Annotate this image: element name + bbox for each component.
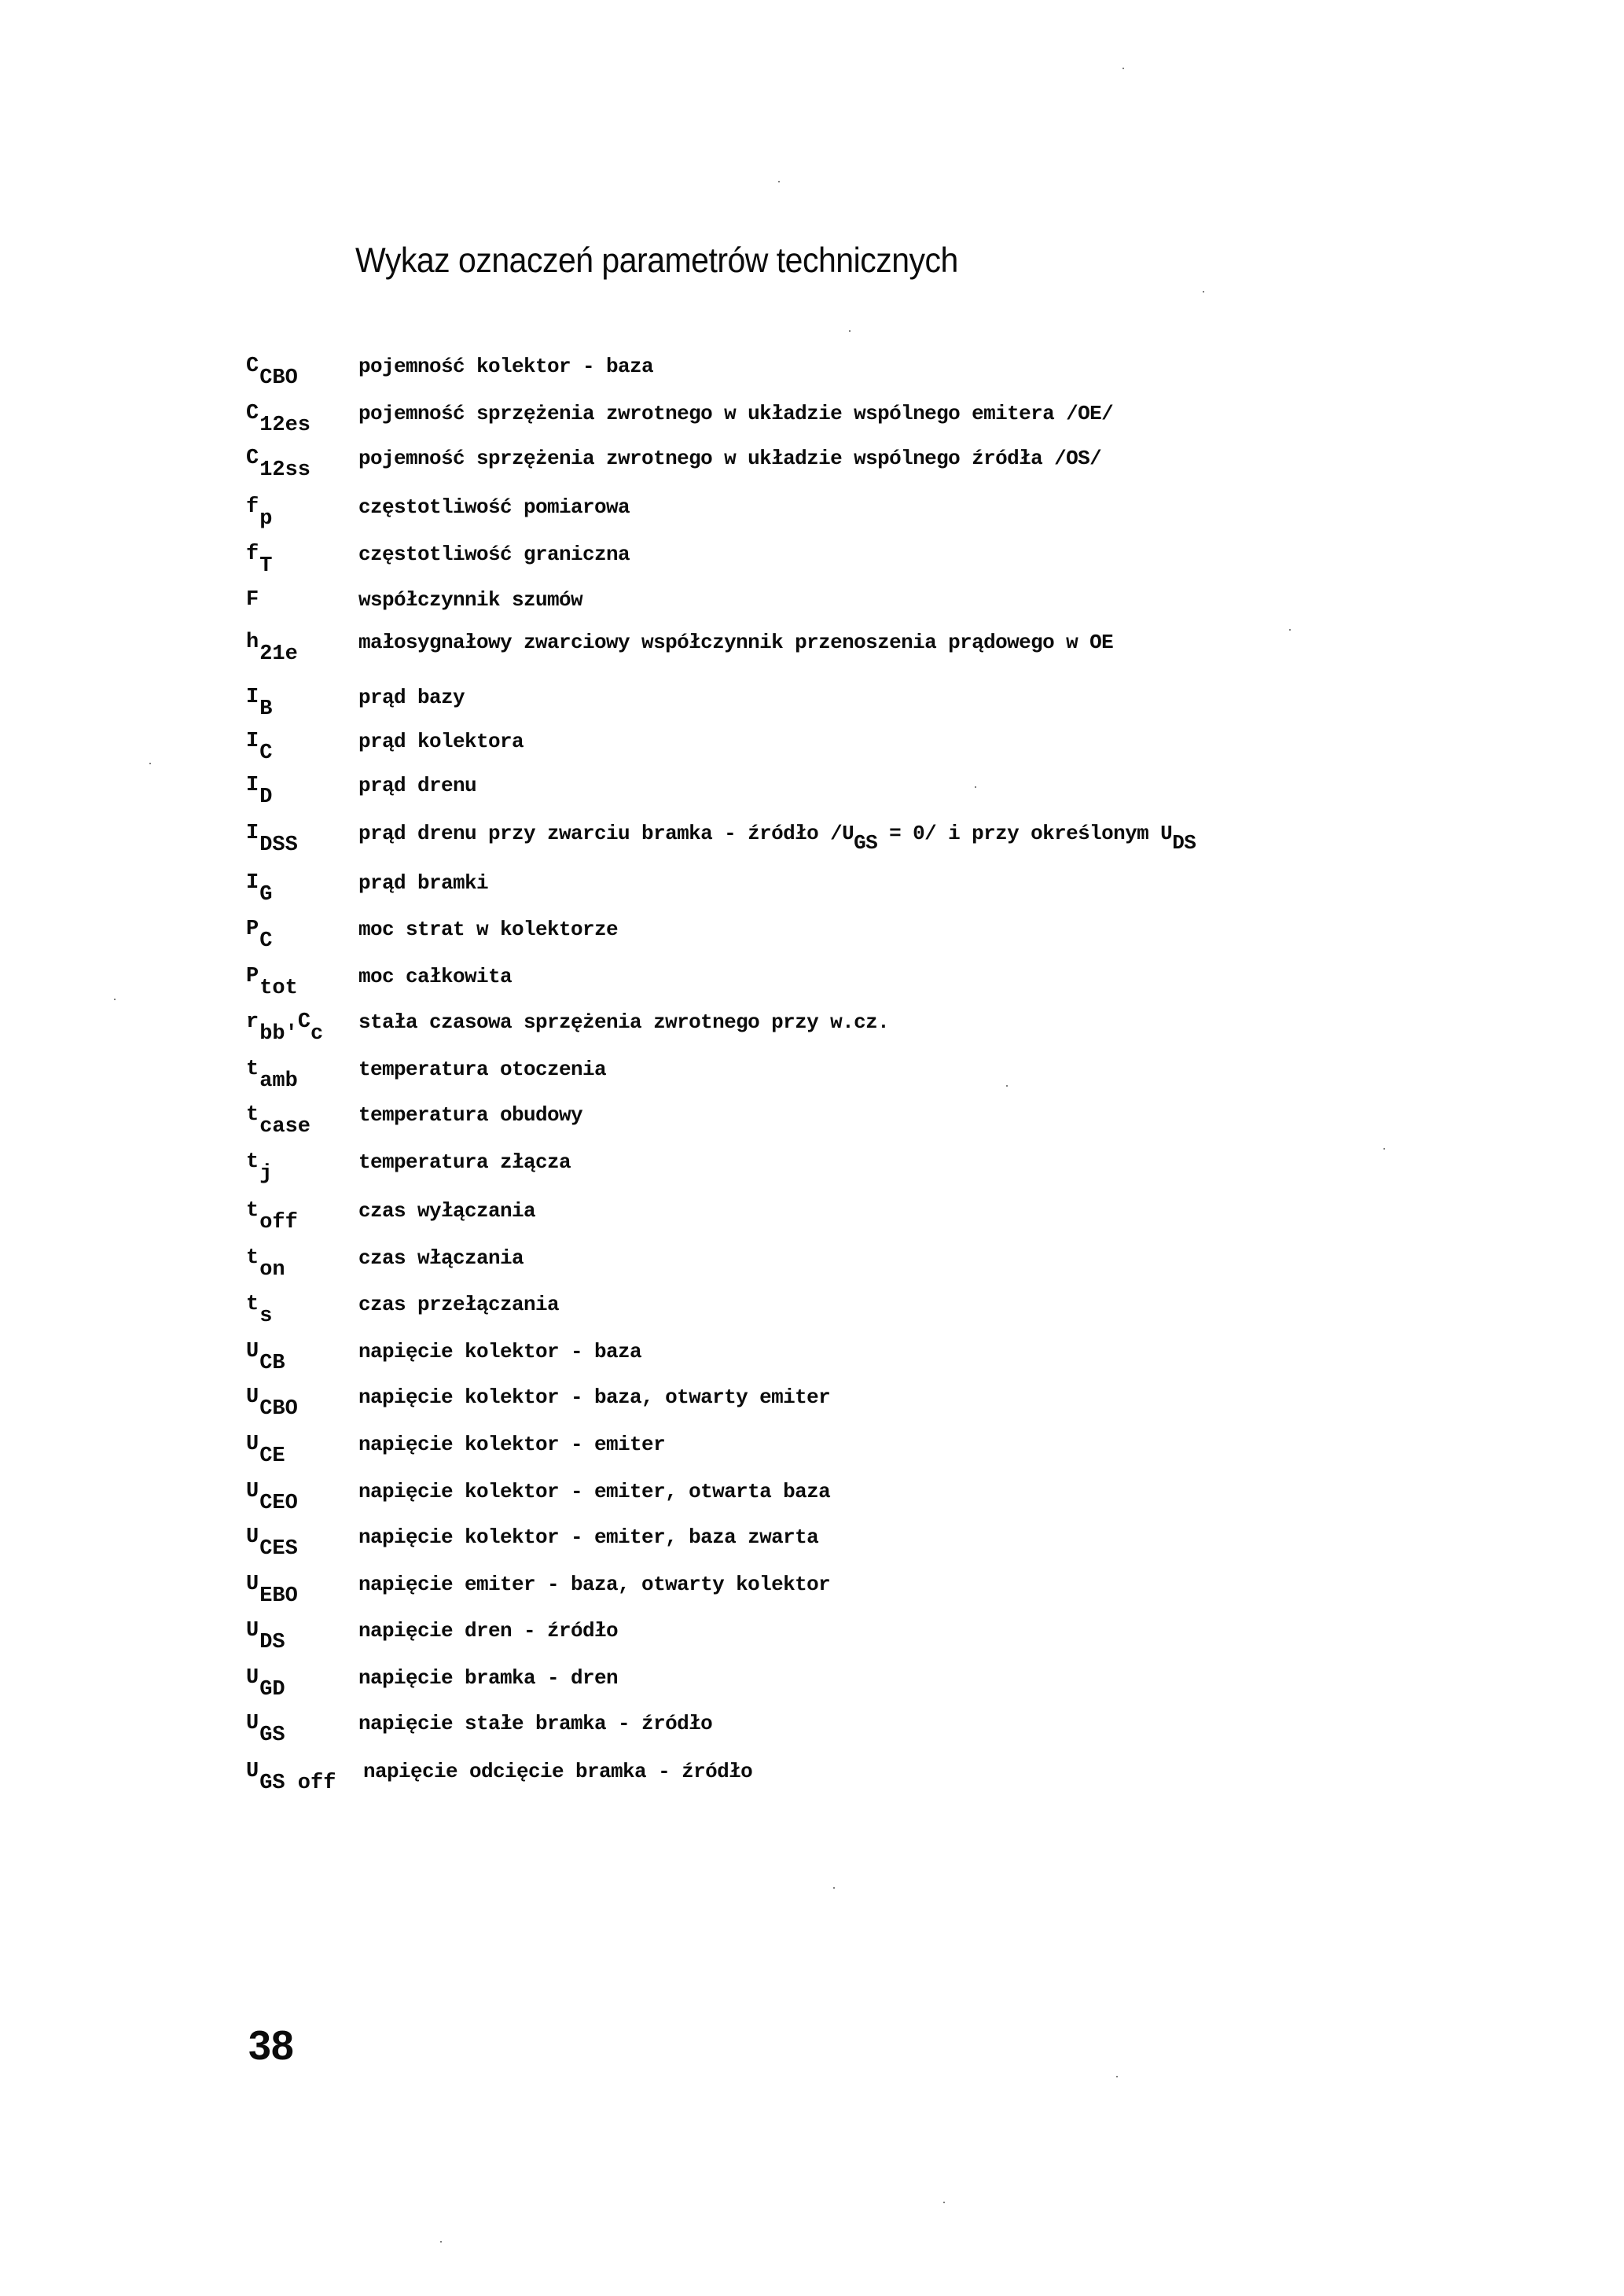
parameter-description: napięcie kolektor - baza, otwarty emiter	[358, 1385, 830, 1409]
symbol-letter: C	[246, 447, 259, 470]
parameter-symbol: tj	[246, 1150, 272, 1174]
symbol-letter: I	[246, 686, 259, 709]
parameter-symbol: UGD	[246, 1666, 285, 1690]
symbol-subscript: B	[259, 697, 272, 721]
parameter-symbol: F	[246, 588, 259, 612]
parameter-description: napięcie odcięcie bramka - źródło	[363, 1760, 752, 1783]
parameter-symbol: ts	[246, 1293, 272, 1316]
symbol-letter: t	[246, 1199, 259, 1223]
symbol-subscript: case	[259, 1115, 310, 1139]
symbol-letter: F	[246, 588, 259, 612]
parameter-symbol: C12ss	[246, 447, 310, 470]
description-text-tail: = 0/ i przy określonym U	[877, 822, 1172, 845]
symbol-letter: C	[246, 355, 259, 378]
symbol-subscript: CBO	[259, 366, 298, 390]
parameter-description: częstotliwość pomiarowa	[358, 495, 630, 519]
parameter-symbol: UCB	[246, 1340, 285, 1363]
page-title: Wykaz oznaczeń parametrów technicznych	[355, 241, 958, 281]
symbol-subscript: CBO	[259, 1397, 298, 1421]
parameter-symbol: h21e	[246, 631, 298, 654]
parameter-description: pojemność sprzężenia zwrotnego w układzi…	[358, 447, 1101, 470]
description-text: napięcie kolektor - baza	[358, 1340, 641, 1363]
description-text: moc strat w kolektorze	[358, 918, 618, 941]
parameter-description: moc strat w kolektorze	[358, 918, 618, 941]
description-text: małosygnałowy zwarciowy współczynnik prz…	[358, 631, 1113, 654]
description-text: czas włączania	[358, 1246, 524, 1270]
symbol-letter: P	[246, 918, 259, 941]
parameter-description: pojemność kolektor - baza	[358, 355, 653, 378]
parameter-symbol: ton	[246, 1246, 285, 1270]
parameter-description: napięcie kolektor - emiter, otwarta baza	[358, 1480, 830, 1503]
symbol-letter: C	[246, 402, 259, 425]
symbol-letter: t	[246, 1246, 259, 1270]
symbol-letter: I	[246, 774, 259, 797]
symbol-letter: U	[246, 1760, 259, 1783]
description-text: temperatura otoczenia	[358, 1058, 606, 1081]
symbol-letter: I	[246, 822, 259, 845]
parameter-description: napięcie stałe bramka - źródło	[358, 1712, 712, 1735]
symbol-subscript: 21e	[259, 642, 298, 666]
description-text: współczynnik szumów	[358, 588, 582, 612]
parameter-description: stała czasowa sprzężenia zwrotnego przy …	[358, 1010, 889, 1034]
description-text: czas przełączania	[358, 1293, 559, 1316]
symbol-letter: t	[246, 1103, 259, 1127]
symbol-subscript: C	[259, 741, 272, 765]
symbol-subscript: DS	[259, 1631, 285, 1654]
parameter-description: prąd kolektora	[358, 730, 524, 753]
symbol-letter: h	[246, 631, 259, 654]
symbol-subscript: GS	[259, 1724, 285, 1747]
symbol-subscript: tot	[259, 977, 298, 1000]
description-subscript-2: DS	[1172, 831, 1196, 855]
description-text: moc całkowita	[358, 965, 512, 988]
symbol-letter: t	[246, 1058, 259, 1081]
symbol-subscript: s	[259, 1304, 272, 1328]
parameter-description: współczynnik szumów	[358, 588, 582, 612]
parameter-description: pojemność sprzężenia zwrotnego w układzi…	[358, 402, 1113, 425]
parameter-symbol: tamb	[246, 1058, 298, 1081]
symbol-subscript: 12ss	[259, 458, 310, 482]
symbol-letter: P	[246, 965, 259, 988]
description-text: napięcie bramka - dren	[358, 1666, 618, 1690]
parameter-description: napięcie emiter - baza, otwarty kolektor	[358, 1573, 830, 1596]
parameter-symbol: IG	[246, 871, 272, 895]
parameter-symbol: CCBO	[246, 355, 298, 378]
symbol-subscript: j	[259, 1162, 272, 1186]
description-text: napięcie emiter - baza, otwarty kolektor	[358, 1573, 830, 1596]
description-text: czas wyłączania	[358, 1199, 535, 1223]
description-subscript: GS	[854, 831, 877, 855]
description-text: napięcie dren - źródło	[358, 1619, 618, 1643]
symbol-letter: I	[246, 871, 259, 895]
symbol-subscript: G	[259, 883, 272, 907]
parameter-description: prąd drenu przy zwarciu bramka - źródło …	[358, 822, 1196, 845]
parameter-symbol: Ptot	[246, 965, 298, 988]
parameter-symbol: IDSS	[246, 822, 298, 845]
symbol-letter: f	[246, 495, 259, 519]
symbol-letter: U	[246, 1573, 259, 1596]
description-text: prąd bramki	[358, 871, 488, 895]
symbol-subscript: T	[259, 554, 272, 578]
symbol-letter: U	[246, 1525, 259, 1549]
parameter-symbol: rbb'Cc	[246, 1010, 323, 1034]
symbol-letter: f	[246, 543, 259, 566]
parameter-symbol: UCBO	[246, 1385, 298, 1409]
description-text: pojemność sprzężenia zwrotnego w układzi…	[358, 447, 1101, 470]
parameter-description: temperatura złącza	[358, 1150, 571, 1174]
symbol-letter: t	[246, 1293, 259, 1316]
symbol-letter: U	[246, 1480, 259, 1503]
symbol-subscript: off	[259, 1211, 298, 1234]
description-text: częstotliwość pomiarowa	[358, 495, 630, 519]
parameter-symbol: UCE	[246, 1433, 285, 1456]
description-text: prąd drenu przy zwarciu bramka - źródło …	[358, 822, 854, 845]
parameter-description: temperatura obudowy	[358, 1103, 582, 1127]
parameter-symbol: fp	[246, 495, 272, 519]
parameter-description: małosygnałowy zwarciowy współczynnik prz…	[358, 631, 1113, 654]
parameter-symbol: IC	[246, 730, 272, 753]
symbol-letter: I	[246, 730, 259, 753]
parameter-description: napięcie kolektor - baza	[358, 1340, 641, 1363]
description-text: stała czasowa sprzężenia zwrotnego przy …	[358, 1010, 889, 1034]
symbol-subscript: bb'	[259, 1022, 298, 1046]
symbol-letter: U	[246, 1385, 259, 1409]
parameter-description: napięcie dren - źródło	[358, 1619, 618, 1643]
parameter-description: prąd bramki	[358, 871, 488, 895]
symbol-subscript: CEO	[259, 1492, 298, 1515]
parameter-symbol: UGS off	[246, 1760, 336, 1783]
symbol-subscript-2: c	[310, 1022, 323, 1046]
description-text: pojemność sprzężenia zwrotnego w układzi…	[358, 402, 1113, 425]
symbol-subscript: D	[259, 786, 272, 809]
parameter-symbol: UCES	[246, 1525, 298, 1549]
parameter-symbol: UGS	[246, 1712, 285, 1735]
parameter-symbol: UCEO	[246, 1480, 298, 1503]
parameter-description: czas wyłączania	[358, 1199, 535, 1223]
description-text: prąd drenu	[358, 774, 476, 797]
parameter-symbol: UEBO	[246, 1573, 298, 1596]
parameter-description: czas przełączania	[358, 1293, 559, 1316]
description-text: temperatura złącza	[358, 1150, 571, 1174]
parameter-description: prąd drenu	[358, 774, 476, 797]
parameter-symbol: ID	[246, 774, 272, 797]
symbol-subscript: GS off	[259, 1772, 336, 1795]
symbol-subscript: CES	[259, 1537, 298, 1561]
parameter-description: częstotliwość graniczna	[358, 543, 630, 566]
parameter-symbol: UDS	[246, 1619, 285, 1643]
description-text: napięcie kolektor - emiter	[358, 1433, 665, 1456]
symbol-letter: U	[246, 1666, 259, 1690]
parameter-symbol: toff	[246, 1199, 298, 1223]
parameter-symbol: IB	[246, 686, 272, 709]
description-text: temperatura obudowy	[358, 1103, 582, 1127]
description-text: prąd kolektora	[358, 730, 524, 753]
symbol-subscript: C	[259, 929, 272, 953]
description-text: częstotliwość graniczna	[358, 543, 630, 566]
symbol-subscript: DSS	[259, 833, 298, 857]
symbol-letter-2: C	[298, 1010, 310, 1034]
parameter-description: moc całkowita	[358, 965, 512, 988]
description-text: napięcie stałe bramka - źródło	[358, 1712, 712, 1735]
parameter-description: temperatura otoczenia	[358, 1058, 606, 1081]
symbol-subscript: on	[259, 1258, 285, 1282]
parameter-description: napięcie kolektor - emiter, baza zwarta	[358, 1525, 818, 1549]
symbol-subscript: CE	[259, 1444, 285, 1468]
parameter-symbol: fT	[246, 543, 272, 566]
parameter-description: prąd bazy	[358, 686, 465, 709]
description-text: napięcie kolektor - baza, otwarty emiter	[358, 1385, 830, 1409]
symbol-letter: U	[246, 1433, 259, 1456]
parameter-symbol: tcase	[246, 1103, 310, 1127]
symbol-subscript: p	[259, 507, 272, 531]
parameter-symbol: PC	[246, 918, 272, 941]
description-text: prąd bazy	[358, 686, 465, 709]
description-text: pojemność kolektor - baza	[358, 355, 653, 378]
symbol-subscript: EBO	[259, 1584, 298, 1608]
symbol-letter: U	[246, 1619, 259, 1643]
symbol-letter: t	[246, 1150, 259, 1174]
symbol-subscript: amb	[259, 1069, 298, 1093]
symbol-subscript: 12es	[259, 414, 310, 437]
symbol-letter: U	[246, 1712, 259, 1735]
parameter-description: napięcie kolektor - emiter	[358, 1433, 665, 1456]
page-number: 38	[248, 2022, 294, 2070]
symbol-subscript: CB	[259, 1352, 285, 1375]
description-text: napięcie odcięcie bramka - źródło	[363, 1760, 752, 1783]
parameter-description: czas włączania	[358, 1246, 524, 1270]
description-text: napięcie kolektor - emiter, otwarta baza	[358, 1480, 830, 1503]
symbol-letter: U	[246, 1340, 259, 1363]
parameter-description: napięcie bramka - dren	[358, 1666, 618, 1690]
symbol-subscript: GD	[259, 1678, 285, 1702]
parameter-symbol: C12es	[246, 402, 310, 425]
symbol-letter: r	[246, 1010, 259, 1034]
description-text: napięcie kolektor - emiter, baza zwarta	[358, 1525, 818, 1549]
